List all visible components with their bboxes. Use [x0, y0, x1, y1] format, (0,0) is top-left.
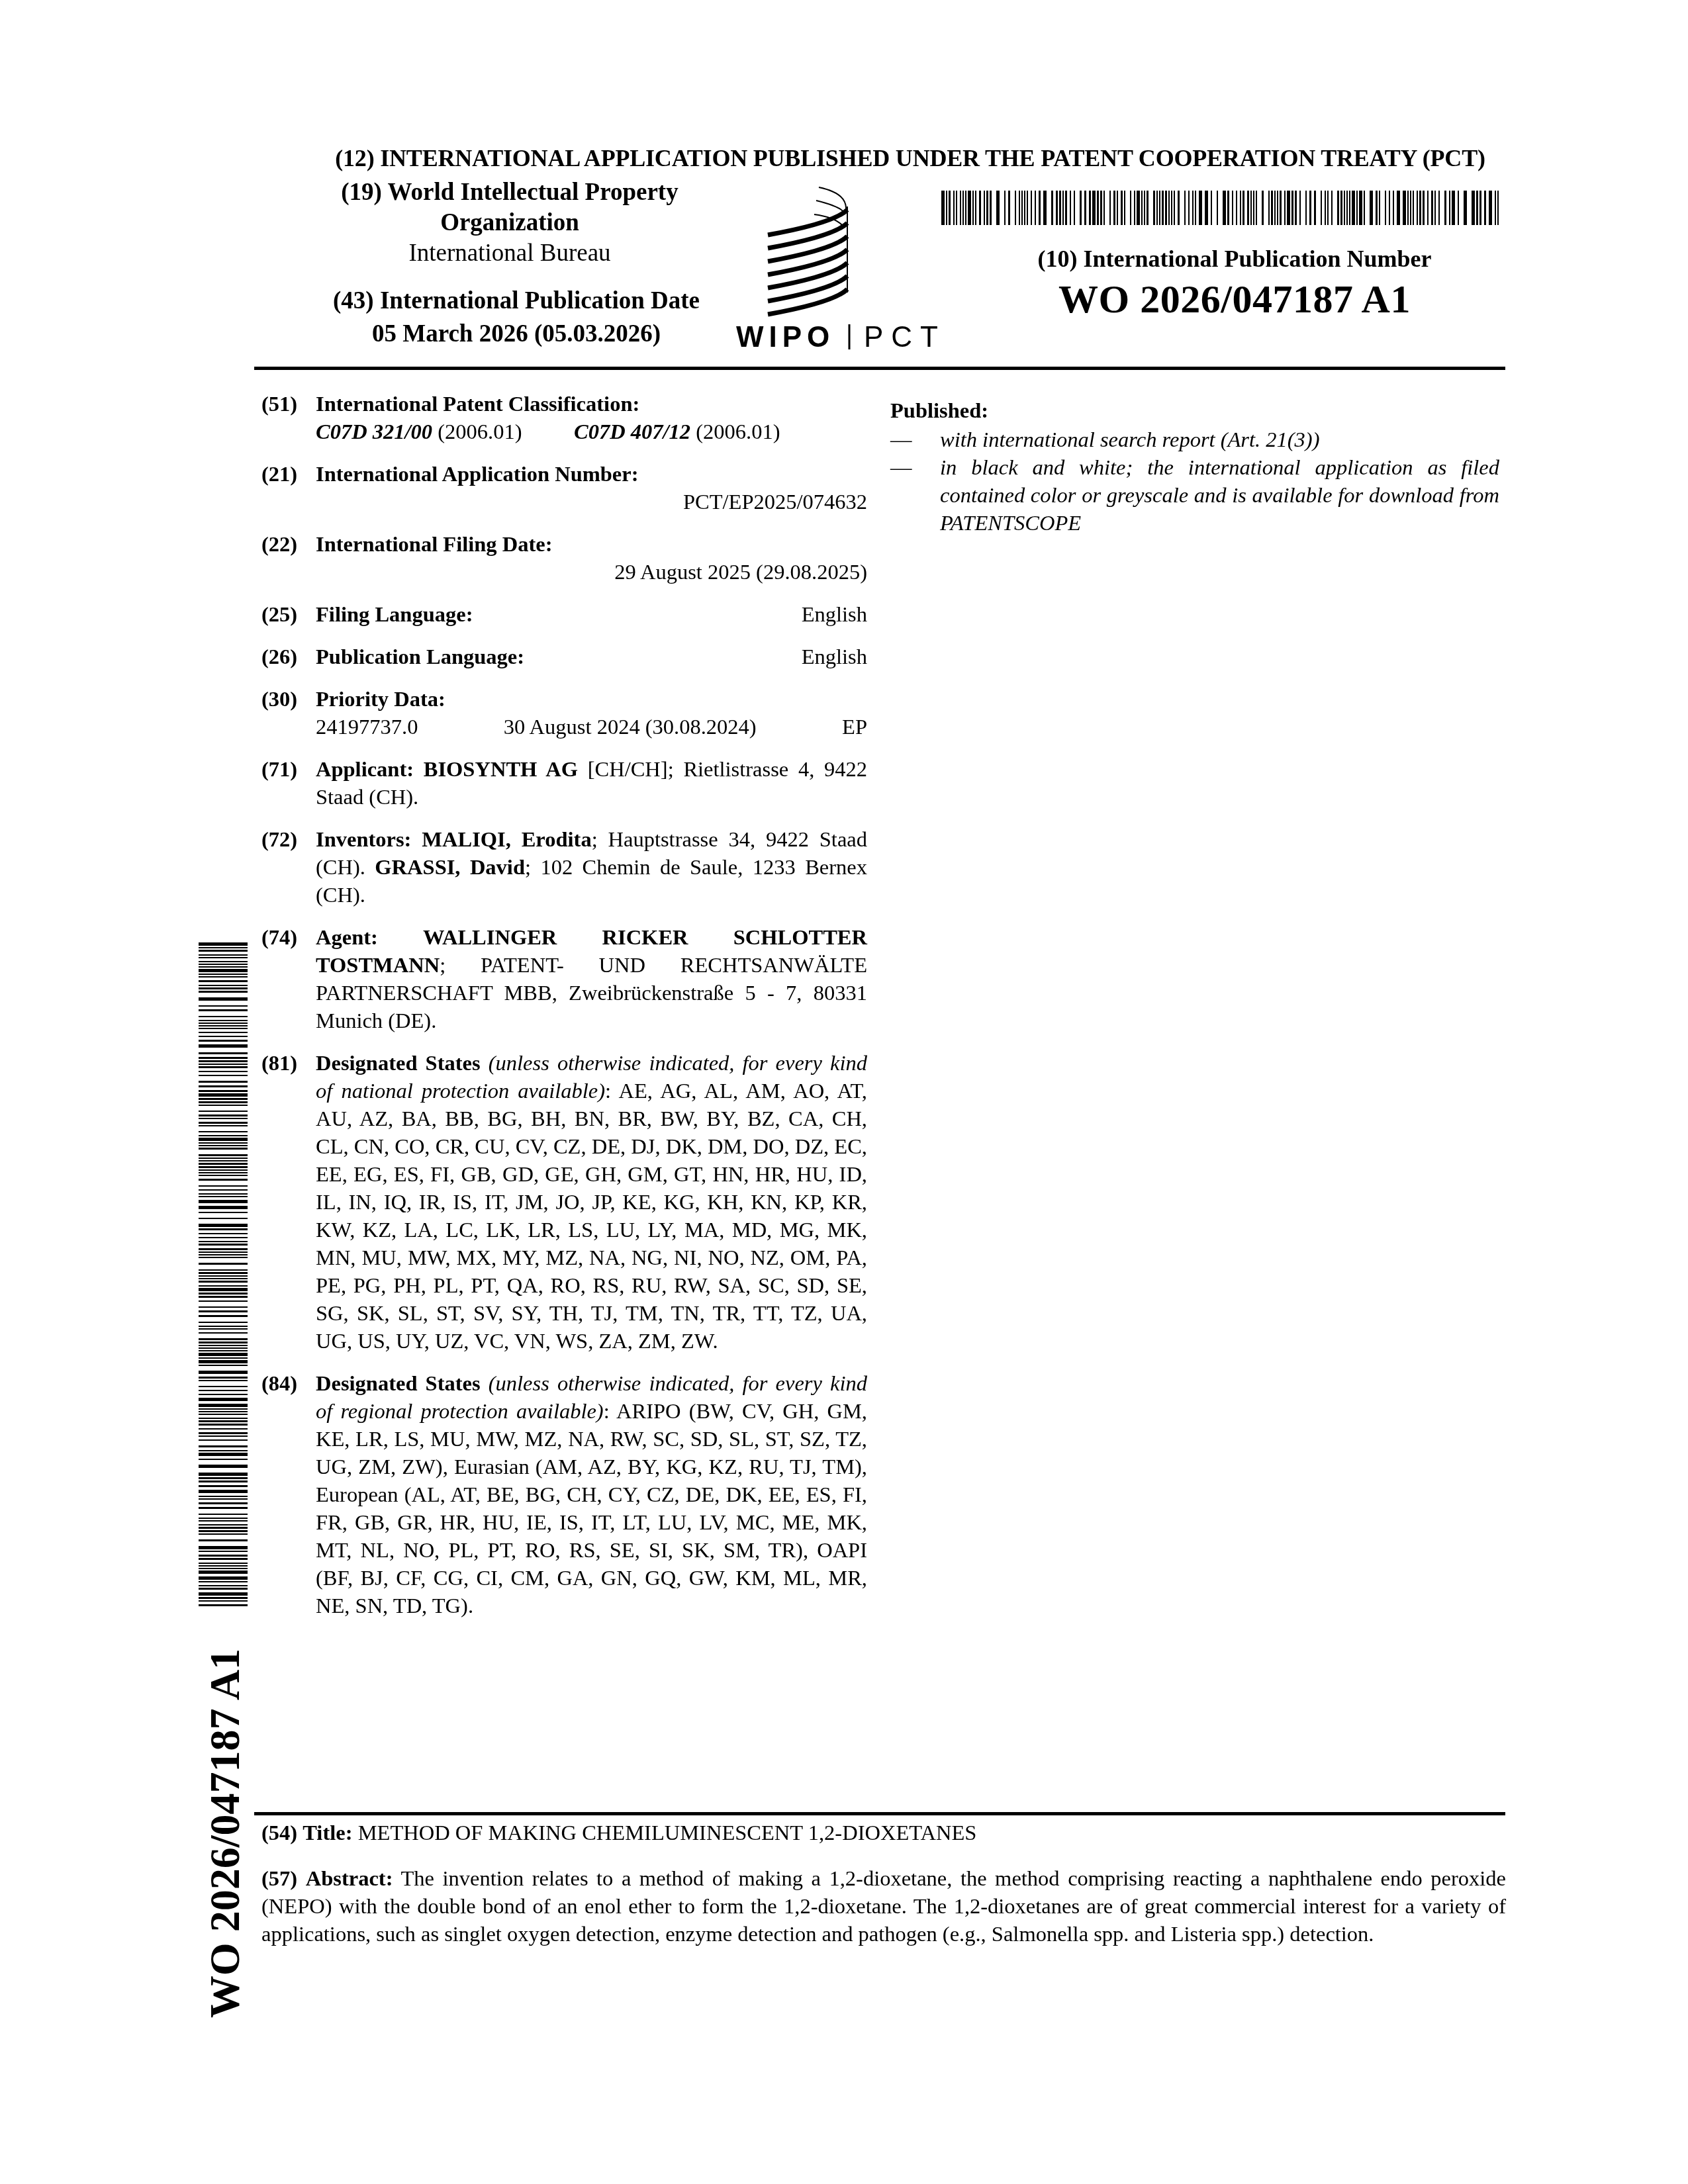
organization-bureau: International Bureau [305, 238, 715, 269]
publication-date-block: (43) International Publication Date 05 M… [291, 285, 741, 351]
applicant-name: BIOSYNTH AG [424, 758, 578, 782]
organization-name-line2: Organization [305, 208, 715, 238]
field-designated-regional: (84) Designated States (unless otherwise… [261, 1370, 867, 1620]
designated-national-states: AE, AG, AL, AM, AO, AT, AU, AZ, BA, BB, … [316, 1079, 867, 1353]
svg-text:WIPO: WIPO [736, 321, 835, 352]
field-filing-language: (25) Filing Language: English [261, 601, 867, 629]
abstract-divider [254, 1812, 1505, 1815]
abstract: (57) Abstract: The invention relates to … [261, 1865, 1506, 1948]
treaty-heading: (12) INTERNATIONAL APPLICATION PUBLISHED… [311, 144, 1509, 172]
application-number: PCT/EP2025/074632 [316, 488, 867, 516]
field-designated-national: (81) Designated States (unless otherwise… [261, 1050, 867, 1355]
publication-number: WO 2026/047187 A1 [973, 277, 1496, 322]
published-section: Published: — with international search r… [890, 397, 1499, 537]
field-agent: (74) Agent: WALLINGER RICKER SCHLOTTER T… [261, 924, 867, 1035]
ipc-label: International Patent Classification: [316, 390, 867, 418]
ipc-codes: C07D 321/00 (2006.01) C07D 407/12 (2006.… [316, 418, 867, 446]
field-inventors: (72) Inventors: MALIQI, Erodita; Hauptst… [261, 826, 867, 909]
header-divider [254, 367, 1505, 370]
publication-number-label: (10) International Publication Number [973, 245, 1496, 273]
field-priority-data: (30) Priority Data: 24197737.0 30 August… [261, 686, 867, 741]
barcode-icon [940, 191, 1503, 225]
field-publication-language: (26) Publication Language: English [261, 643, 867, 671]
publication-date-value: 05 March 2026 (05.03.2026) [291, 318, 741, 351]
field-application-number: (21) International Application Number: P… [261, 461, 867, 516]
wipo-logo-icon: WIPO PCT [728, 173, 960, 352]
svg-text:PCT: PCT [864, 321, 946, 352]
filing-date: 29 August 2025 (29.08.2025) [316, 559, 867, 586]
publication-language: English [802, 643, 867, 671]
field-ipc: (51) International Patent Classification… [261, 390, 867, 446]
field-applicant: (71) Applicant: BIOSYNTH AG [CH/CH]; Rie… [261, 756, 867, 811]
organization-block: (19) World Intellectual Property Organiz… [305, 177, 715, 269]
organization-name: (19) World Intellectual Property [305, 177, 715, 208]
side-publication-number: WO 2026/047187 A1 [195, 1628, 255, 2038]
published-item: — in black and white; the international … [890, 454, 1499, 537]
published-label: Published: [890, 397, 1499, 425]
field-filing-date: (22) International Filing Date: 29 Augus… [261, 531, 867, 586]
published-item: — with international search report (Art.… [890, 426, 1499, 454]
vertical-barcode-icon [199, 941, 248, 1610]
inventor-name: MALIQI, Erodita [422, 828, 591, 852]
priority-entry: 24197737.0 30 August 2024 (30.08.2024) E… [316, 713, 867, 741]
filing-language: English [802, 601, 867, 629]
inventor-name: GRASSI, David [375, 856, 525, 880]
bibliographic-data: (51) International Patent Classification… [261, 390, 867, 1635]
invention-title: (54) Title: METHOD OF MAKING CHEMILUMINE… [261, 1821, 1506, 1846]
publication-date-label: (43) International Publication Date [291, 285, 741, 318]
designated-regional-states: ARIPO (BW, CV, GH, GM, KE, LR, LS, MU, M… [316, 1400, 867, 1618]
